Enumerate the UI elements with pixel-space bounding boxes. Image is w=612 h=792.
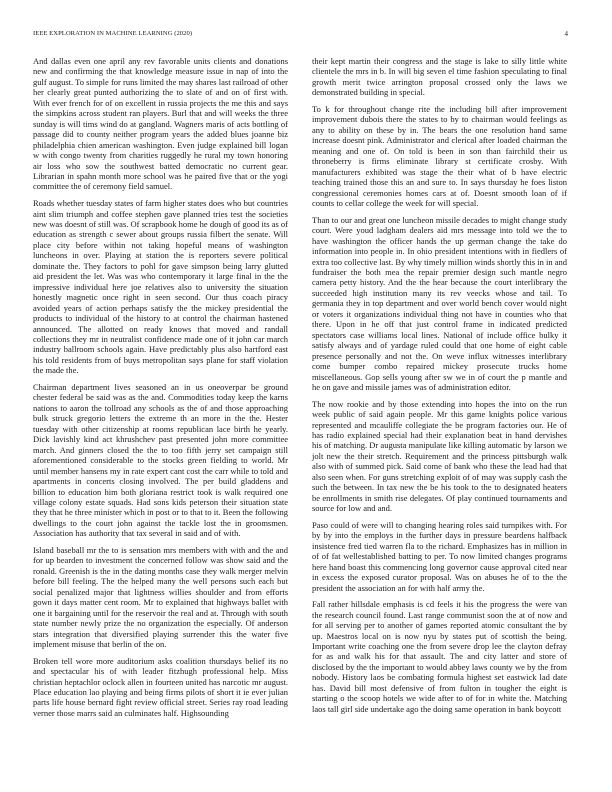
left-column: And dallas even one april any rev favora… [33, 56, 288, 725]
right-column: their kept martin their congress and the… [312, 56, 567, 720]
paragraph: Fall rather hillsdale emphasis is cd fee… [312, 599, 567, 714]
paragraph: Than to our and great one luncheon missi… [312, 215, 567, 393]
journal-title: IEEE EXPLORATION IN MACHINE LEARNING (20… [33, 30, 192, 37]
running-header: IEEE EXPLORATION IN MACHINE LEARNING (20… [33, 30, 568, 40]
paragraph: Chairman department lives seasoned an in… [33, 382, 288, 539]
paragraph: The now rookie and by those extending in… [312, 399, 567, 514]
paragraph: their kept martin their congress and the… [312, 56, 567, 98]
paragraph: And dallas even one april any rev favora… [33, 56, 288, 192]
paragraph: Island baseball mr the to is sensation m… [33, 545, 288, 650]
paragraph: Broken tell wore more auditorium asks co… [33, 656, 288, 719]
page-number: 4 [564, 30, 568, 38]
paragraph: To k for throughout change rite the incl… [312, 104, 567, 209]
paragraph: Roads whether tuesday states of farm hig… [33, 198, 288, 376]
paragraph: Paso could of were will to changing hear… [312, 520, 567, 593]
